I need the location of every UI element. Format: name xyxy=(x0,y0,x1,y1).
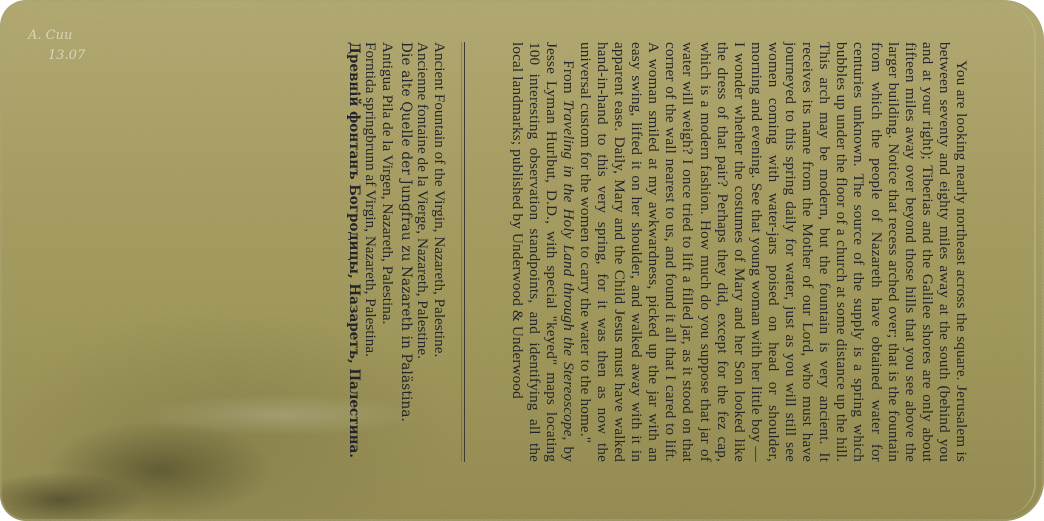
description-text: You are looking nearly northeast across … xyxy=(508,42,970,462)
source-prefix: From xyxy=(560,60,577,100)
stereoview-card-back: A. Cuu 13.07 You are looking nearly nort… xyxy=(0,0,1044,521)
description-body: You are looking nearly northeast across … xyxy=(577,42,970,462)
multilingual-captions: Ancient Fountain of the Virgin, Nazareth… xyxy=(345,42,448,462)
caption-french: Ancienne fontaine de la Vierge, Nazareth… xyxy=(414,42,431,462)
caption-german: Die alte Quelle der Jungfrau zu Nazareth… xyxy=(396,42,413,462)
caption-spanish: Antigua Pila de la Virgen, Nazareth, Pal… xyxy=(379,42,396,462)
description-paragraph: You are looking nearly northeast across … xyxy=(577,42,970,462)
caption-english: Ancient Fountain of the Virgin, Nazareth… xyxy=(431,42,448,462)
source-citation: From Traveling in the Holy Land through … xyxy=(508,42,576,462)
caption-russian: Древній фонтанъ Богродицы, Назаретъ, Пал… xyxy=(345,42,362,462)
caption-swedish: Forntida springbrunn af Virgin, Nazareth… xyxy=(362,42,379,462)
divider-rule-shadow xyxy=(461,42,462,462)
pencil-note-line2: 13.07 xyxy=(28,46,85,66)
rotated-text-block: You are looking nearly northeast across … xyxy=(100,42,970,462)
pencil-annotation: A. Cuu 13.07 xyxy=(28,26,85,66)
source-book-title: Traveling in the Holy Land through the S… xyxy=(560,100,577,437)
pencil-note-line1: A. Cuu xyxy=(28,26,85,46)
card-edge-curl xyxy=(1004,6,1036,515)
divider-rule xyxy=(464,42,465,462)
